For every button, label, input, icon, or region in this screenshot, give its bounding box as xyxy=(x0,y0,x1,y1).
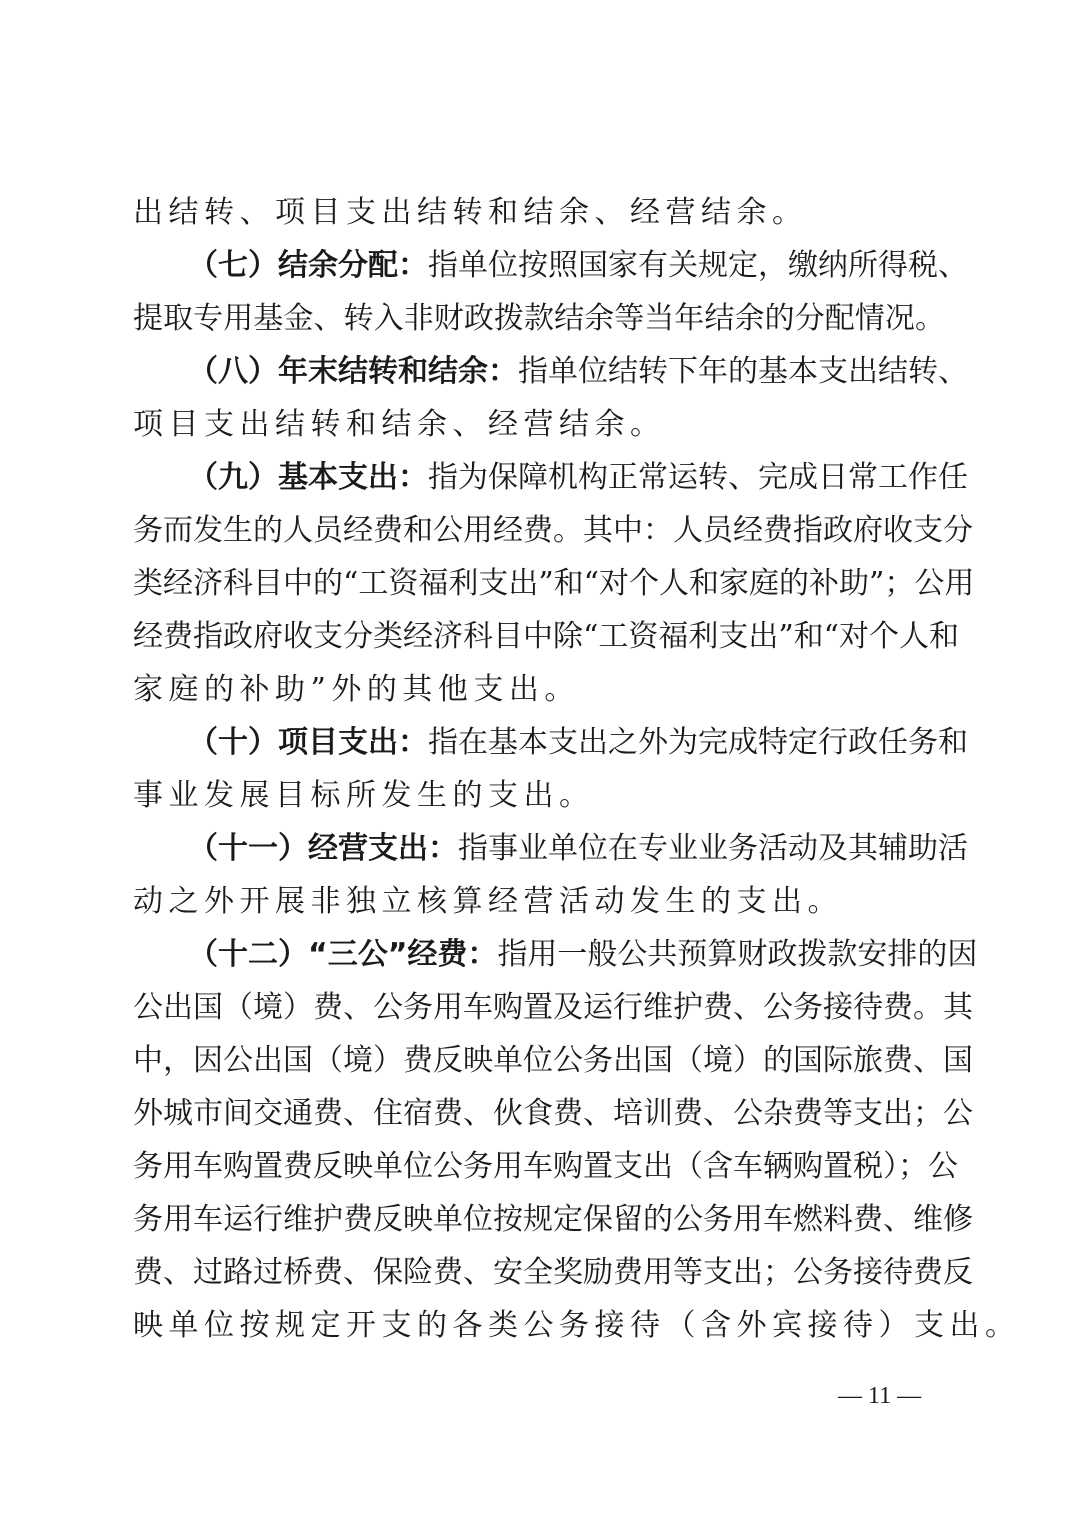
line-text: 出结转、项目支出结转和结余、经营结余。 xyxy=(133,195,808,230)
paragraph-line: 家庭的补助”外的其他支出。 xyxy=(133,670,945,710)
line-text: 务用车运行维护费反映单位按规定保留的公务用车燃料费、维修 xyxy=(133,1202,973,1237)
section-heading-line: （十）项目支出：指在基本支出之外为完成特定行政任务和 xyxy=(188,723,945,763)
line-text: 映单位按规定开支的各类公务接待（含外宾接待）支出。 xyxy=(133,1308,1021,1343)
section-heading-line: （十二）“三公”经费：指用一般公共预算财政拨款安排的因 xyxy=(188,935,945,975)
paragraph-line: 项目支出结转和结余、经营结余。 xyxy=(133,405,945,445)
line-text: 指用一般公共预算财政拨款安排的因 xyxy=(497,937,977,972)
line-text: 类经济科目中的“工资福利支出”和“对个人和家庭的补助”；公用 xyxy=(133,566,974,601)
line-text: 务用车购置费反映单位公务用车购置支出（含车辆购置税）；公 xyxy=(133,1149,958,1184)
line-text: 费、过路过桥费、保险费、安全奖励费用等支出；公务接待费反 xyxy=(133,1255,973,1290)
paragraph-line: 务用车运行维护费反映单位按规定保留的公务用车燃料费、维修 xyxy=(133,1200,945,1240)
section-term: （九）基本支出： xyxy=(188,460,428,495)
paragraph-line: 动之外开展非独立核算经营活动发生的支出。 xyxy=(133,882,945,922)
paragraph-line: 类经济科目中的“工资福利支出”和“对个人和家庭的补助”；公用 xyxy=(133,564,945,604)
section-term: （十）项目支出： xyxy=(188,725,428,760)
page-number: — 11 — xyxy=(838,1380,921,1412)
paragraph-line: 经费指政府收支分类经济科目中除“工资福利支出”和“对个人和 xyxy=(133,617,945,657)
paragraph-line: 中，因公出国（境）费反映单位公务出国（境）的国际旅费、国 xyxy=(133,1041,945,1081)
line-text: 指单位结转下年的基本支出结转、 xyxy=(518,354,968,389)
paragraph-line: 映单位按规定开支的各类公务接待（含外宾接待）支出。 xyxy=(133,1306,945,1346)
section-heading-line: （十一）经营支出：指事业单位在专业业务活动及其辅助活 xyxy=(188,829,945,869)
line-text: 指单位按照国家有关规定，缴纳所得税、 xyxy=(428,248,968,283)
paragraph-line: 外城市间交通费、住宿费、伙食费、培训费、公杂费等支出；公 xyxy=(133,1094,945,1134)
line-text: 事业发展目标所发生的支出。 xyxy=(133,778,595,813)
section-heading-line: （八）年末结转和结余：指单位结转下年的基本支出结转、 xyxy=(188,352,945,392)
line-text: 提取专用基金、转入非财政拨款结余等当年结余的分配情况。 xyxy=(133,301,945,336)
line-text: 指在基本支出之外为完成特定行政任务和 xyxy=(428,725,968,760)
document-page: 出结转、项目支出结转和结余、经营结余。（七）结余分配：指单位按照国家有关规定，缴… xyxy=(0,0,1075,1520)
line-text: 家庭的补助”外的其他支出。 xyxy=(133,672,580,707)
paragraph-line: 事业发展目标所发生的支出。 xyxy=(133,776,945,816)
paragraph-line: 务用车购置费反映单位公务用车购置支出（含车辆购置税）；公 xyxy=(133,1147,945,1187)
line-text: 指事业单位在专业业务活动及其辅助活 xyxy=(458,831,968,866)
line-text: 公出国（境）费、公务用车购置及运行维护费、公务接待费。其 xyxy=(133,990,973,1025)
paragraph-line: 公出国（境）费、公务用车购置及运行维护费、公务接待费。其 xyxy=(133,988,945,1028)
line-text: 动之外开展非独立核算经营活动发生的支出。 xyxy=(133,884,843,919)
line-text: 指为保障机构正常运转、完成日常工作任 xyxy=(428,460,968,495)
section-term: （七）结余分配： xyxy=(188,248,428,283)
line-text: 务而发生的人员经费和公用经费。其中：人员经费指政府收支分 xyxy=(133,513,973,548)
line-text: 外城市间交通费、住宿费、伙食费、培训费、公杂费等支出；公 xyxy=(133,1096,973,1131)
line-text: 项目支出结转和结余、经营结余。 xyxy=(133,407,666,442)
paragraph-line: 提取专用基金、转入非财政拨款结余等当年结余的分配情况。 xyxy=(133,299,945,339)
section-heading-line: （九）基本支出：指为保障机构正常运转、完成日常工作任 xyxy=(188,458,945,498)
line-text: 中，因公出国（境）费反映单位公务出国（境）的国际旅费、国 xyxy=(133,1043,973,1078)
line-text: 经费指政府收支分类经济科目中除“工资福利支出”和“对个人和 xyxy=(133,619,959,654)
section-term: （十一）经营支出： xyxy=(188,831,458,866)
section-term: （十二）“三公”经费： xyxy=(188,937,497,972)
section-term: （八）年末结转和结余： xyxy=(188,354,518,389)
paragraph-line: 务而发生的人员经费和公用经费。其中：人员经费指政府收支分 xyxy=(133,511,945,551)
paragraph-line: 费、过路过桥费、保险费、安全奖励费用等支出；公务接待费反 xyxy=(133,1253,945,1293)
section-heading-line: （七）结余分配：指单位按照国家有关规定，缴纳所得税、 xyxy=(188,246,945,286)
paragraph-line: 出结转、项目支出结转和结余、经营结余。 xyxy=(133,193,945,233)
